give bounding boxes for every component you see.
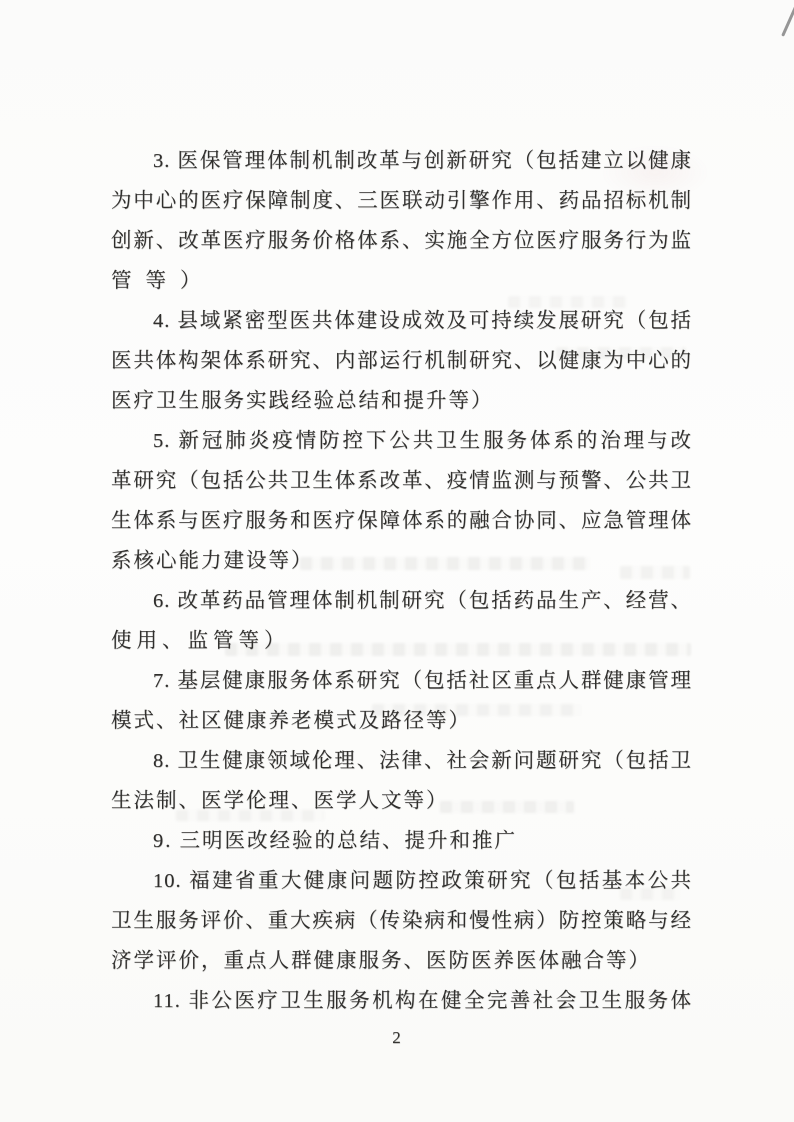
list-item-4: 4. 县域紧密型医共体建设成效及可持续发展研究（包括 医共体构架体系研究、内部运… [111,301,692,421]
text-line: 4. 县域紧密型医共体建设成效及可持续发展研究（包括 [111,301,692,341]
text-line: 医疗卫生服务实践经验总结和提升等） [111,381,692,421]
text-line: 9. 三明医改经验的总结、提升和推广 [111,821,692,861]
list-item-5: 5. 新冠肺炎疫情防控下公共卫生服务体系的治理与改 革研究（包括公共卫生体系改革… [111,421,692,581]
document-page: 3. 医保管理体制机制改革与创新研究（包括建立以健康 为中心的医疗保障制度、三医… [0,0,794,1122]
text-line: 8. 卫生健康领域伦理、法律、社会新问题研究（包括卫 [111,741,692,781]
list-item-10: 10. 福建省重大健康问题防控政策研究（包括基本公共 卫生服务评价、重大疾病（传… [111,861,692,981]
text-line: 革研究（包括公共卫生体系改革、疫情监测与预警、公共卫 [111,461,692,501]
scan-corner-artifact [781,0,794,37]
text-line: 生体系与医疗服务和医疗保障体系的融合协同、应急管理体 [111,501,692,541]
text-line: 济学评价，重点人群健康服务、医防医养医体融合等） [111,941,692,981]
list-item-3: 3. 医保管理体制机制改革与创新研究（包括建立以健康 为中心的医疗保障制度、三医… [111,141,692,301]
list-item-6: 6. 改革药品管理体制机制研究（包括药品生产、经营、 使用、监管等） [111,581,692,661]
list-item-11: 11. 非公医疗卫生服务机构在健全完善社会卫生服务体 [111,981,692,1021]
text-line: 管等） [111,261,692,301]
list-item-7: 7. 基层健康服务体系研究（包括社区重点人群健康管理 模式、社区健康养老模式及路… [111,661,692,741]
text-line: 7. 基层健康服务体系研究（包括社区重点人群健康管理 [111,661,692,701]
text-line: 为中心的医疗保障制度、三医联动引擎作用、药品招标机制 [111,181,692,221]
text-block: 3. 医保管理体制机制改革与创新研究（包括建立以健康 为中心的医疗保障制度、三医… [111,141,692,1021]
text-line: 创新、改革医疗服务价格体系、实施全方位医疗服务行为监 [111,221,692,261]
text-line: 3. 医保管理体制机制改革与创新研究（包括建立以健康 [111,141,692,181]
text-line: 11. 非公医疗卫生服务机构在健全完善社会卫生服务体 [111,981,692,1021]
text-line: 5. 新冠肺炎疫情防控下公共卫生服务体系的治理与改 [111,421,692,461]
text-line: 模式、社区健康养老模式及路径等） [111,701,692,741]
list-item-9: 9. 三明医改经验的总结、提升和推广 [111,821,692,861]
text-line: 10. 福建省重大健康问题防控政策研究（包括基本公共 [111,861,692,901]
text-line: 使用、监管等） [111,621,692,661]
text-line: 生法制、医学伦理、医学人文等） [111,781,692,821]
text-line: 6. 改革药品管理体制机制研究（包括药品生产、经营、 [111,581,692,621]
text-line: 卫生服务评价、重大疾病（传染病和慢性病）防控策略与经 [111,901,692,941]
text-line: 系核心能力建设等） [111,541,692,581]
text-line: 医共体构架体系研究、内部运行机制研究、以健康为中心的 [111,341,692,381]
list-item-8: 8. 卫生健康领域伦理、法律、社会新问题研究（包括卫 生法制、医学伦理、医学人文… [111,741,692,821]
page-number: 2 [0,1026,794,1050]
